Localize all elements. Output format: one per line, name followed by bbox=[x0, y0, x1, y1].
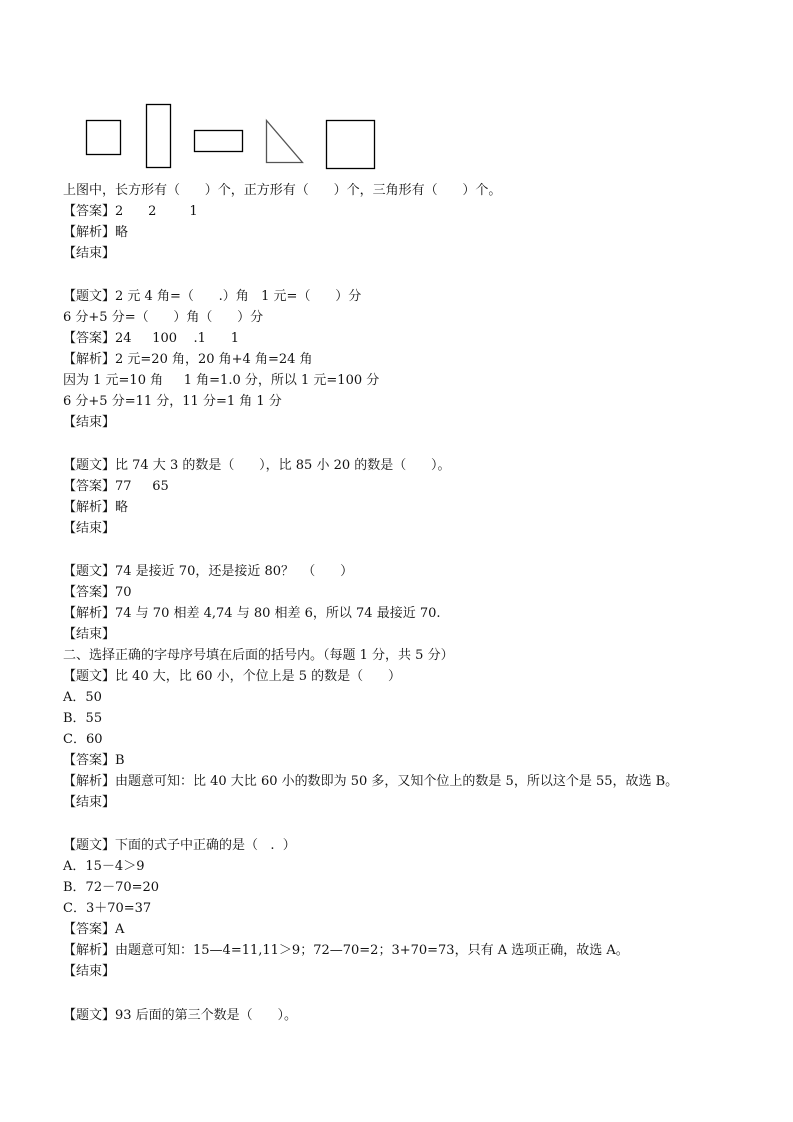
analysis-line: 【解析】由题意可知：15—4=11,11＞9；72—70=2；3+70=73，只… bbox=[63, 943, 629, 959]
question-text: 6 分+5 分=（ ）角（ ）分 bbox=[63, 310, 263, 326]
analysis-line: 因为 1 元=10 角 1 角=1.0 分，所以 1 元=100 分 bbox=[63, 373, 379, 389]
end-marker: 【结束】 bbox=[63, 795, 115, 811]
square-1-shape bbox=[87, 121, 121, 155]
question-text: 【题文】比 40 大，比 60 小，个位上是 5 的数是（ ） bbox=[63, 669, 401, 685]
answer-line: 【答案】24 100 .1 1 bbox=[63, 331, 239, 347]
option-b: B．55 bbox=[63, 711, 102, 727]
analysis-line: 【解析】略 bbox=[63, 500, 128, 516]
answer-line: 【答案】77 65 bbox=[63, 479, 169, 495]
square-2-shape bbox=[327, 121, 375, 169]
end-marker: 【结束】 bbox=[63, 964, 115, 980]
answer-line: 【答案】B bbox=[63, 753, 125, 769]
end-marker: 【结束】 bbox=[63, 627, 115, 643]
option-c: C．60 bbox=[63, 732, 103, 748]
question-text: 【题文】74 是接近 70，还是接近 80？ （ ） bbox=[63, 564, 353, 580]
answer-line: 【答案】70 bbox=[63, 585, 132, 601]
question-text: 【题文】93 后面的第三个数是（ ）。 bbox=[63, 1008, 297, 1024]
analysis-line: 【解析】2 元=20 角，20 角+4 角=24 角 bbox=[63, 352, 313, 368]
question-text: 上图中，长方形有（ ）个，正方形有（ ）个，三角形有（ ）个。 bbox=[63, 183, 501, 199]
end-marker: 【结束】 bbox=[63, 246, 115, 262]
option-a: A．15－4＞9 bbox=[63, 859, 144, 875]
wide-rectangle-shape bbox=[195, 131, 243, 152]
question-text: 【题文】比 74 大 3 的数是（ ），比 85 小 20 的数是（ ）。 bbox=[63, 458, 451, 474]
tall-rectangle-shape bbox=[147, 105, 171, 168]
shapes-figure bbox=[0, 0, 793, 180]
analysis-line: 【解析】略 bbox=[63, 225, 128, 241]
analysis-line: 【解析】74 与 70 相差 4,74 与 80 相差 6，所以 74 最接近 … bbox=[63, 606, 441, 622]
right-triangle-shape bbox=[267, 121, 303, 163]
analysis-line: 6 分+5 分=11 分，11 分=1 角 1 分 bbox=[63, 394, 282, 410]
question-text: 【题文】2 元 4 角=（ .）角 1 元=（ ）分 bbox=[63, 289, 361, 305]
question-text: 【题文】下面的式子中正确的是（ . ） bbox=[63, 838, 296, 854]
option-b: B．72－70=20 bbox=[63, 880, 159, 896]
answer-line: 【答案】2 2 1 bbox=[63, 204, 198, 220]
section-heading: 二、选择正确的字母序号填在后面的括号内。（每题 1 分，共 5 分） bbox=[63, 648, 454, 664]
option-a: A．50 bbox=[63, 690, 102, 706]
end-marker: 【结束】 bbox=[63, 521, 115, 537]
analysis-line: 【解析】由题意可知：比 40 大比 60 小的数即为 50 多，又知个位上的数是… bbox=[63, 774, 678, 790]
end-marker: 【结束】 bbox=[63, 415, 115, 431]
option-c: C．3＋70=37 bbox=[63, 901, 151, 917]
answer-line: 【答案】A bbox=[63, 922, 124, 938]
